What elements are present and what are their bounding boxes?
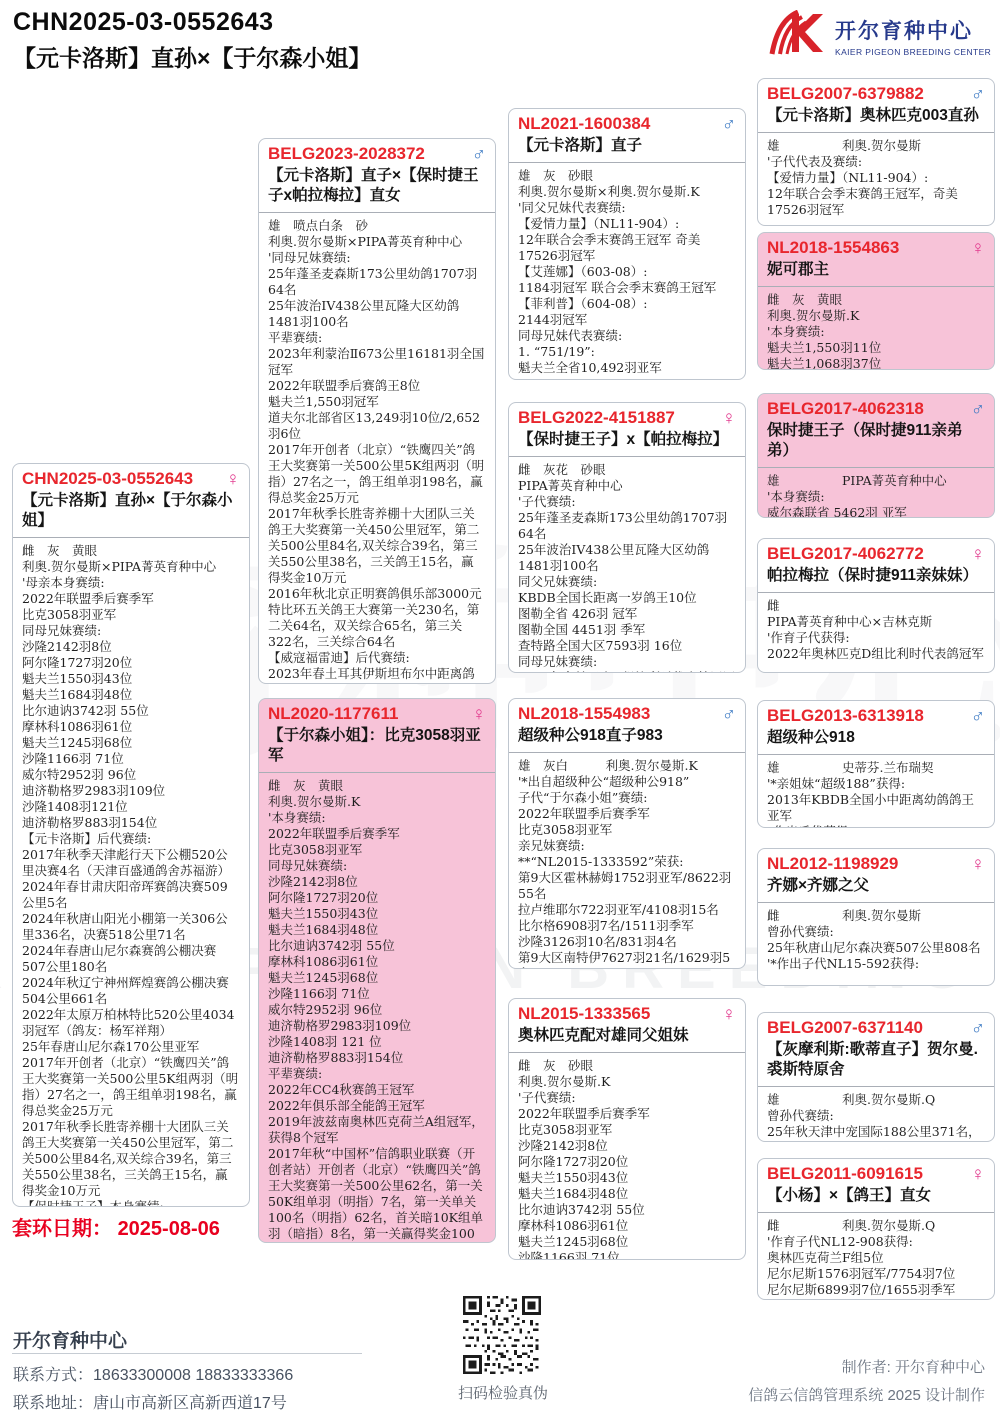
- female-icon: ♀: [722, 409, 736, 428]
- box-title: 保时捷王子（保时捷911亲弟弟）: [767, 421, 985, 461]
- box-body: 雄 灰白 利奥.贺尔曼斯.K '*出自超级种公“超级种公918” 子代“于尔森小…: [509, 753, 745, 969]
- brand-name-cn: 开尔育种中心: [835, 15, 991, 45]
- contact-label: 联系方式：: [13, 1367, 93, 1384]
- ring-number: NL2012-1198929: [767, 854, 898, 874]
- box-header: BELG2023-2028372 ♂ 【元卡洛斯】直子×【保时捷王子x帕拉梅拉】…: [259, 139, 495, 213]
- box-header: BELG2017-4062318 ♂ 保时捷王子（保时捷911亲弟弟）: [758, 394, 994, 468]
- box-title: 【于尔森小姐】：比克3058羽亚军: [268, 726, 486, 766]
- ring-number: NL2018-1554983: [518, 704, 650, 724]
- box-body: 雄 PIPA菁英育种中心 '本身赛绩: 威尔森联省 5462羽 亚军 威尔森 1…: [758, 468, 994, 518]
- address-label: 联系地址：: [13, 1395, 93, 1412]
- box-body: 雌 PIPA菁英育种中心×吉林克斯 '作育子代获得: 2022年奥林匹克D组比利…: [758, 593, 994, 667]
- ring-number: BELG2017-4062772: [767, 544, 924, 564]
- pedigree-box-greatgrand-2: NL2018-1554863 ♀ 妮可郡主 雌 灰 黄眼 利奥.贺尔曼斯.K '…: [757, 232, 995, 370]
- footer-company-name: 开尔育种中心: [13, 1326, 127, 1353]
- ring-number: BELG2011-6091615: [767, 1164, 923, 1184]
- ring-number: BELG2022-4151887: [518, 408, 675, 428]
- box-body: 雌 利奥.贺尔曼斯 曾孙代赛绩: 25年秋唐山尼尔森决赛507公里808名 '*…: [758, 903, 994, 977]
- box-header: NL2015-1333565 ♀ 奥林匹克配对雄同父姐妹: [509, 999, 745, 1053]
- pedigree-box-greatgrand-3: BELG2017-4062318 ♂ 保时捷王子（保时捷911亲弟弟） 雄 PI…: [757, 393, 995, 518]
- box-body: 雄 灰 砂眼 利奥.贺尔曼斯×利奥.贺尔曼斯.K '同父兄妹代表赛绩: 【爱情力…: [509, 163, 745, 380]
- box-title: 超级种公918: [767, 728, 985, 748]
- pedigree-box-subject: CHN2025-03-0552643 ♀ 【元卡洛斯】直孙×【于尔森小姐】 雌 …: [12, 463, 250, 1207]
- box-header: NL2018-1554863 ♀ 妮可郡主: [758, 233, 994, 287]
- brand-name-en: KAIER PIGEON BREEDING CENTER: [835, 47, 991, 57]
- female-icon: ♀: [472, 705, 486, 724]
- box-header: NL2018-1554983 ♂ 超级种公918直子983: [509, 699, 745, 753]
- box-title: 【灰摩利斯:歌蒂直子】贺尔曼.裘斯特原舍: [767, 1040, 985, 1080]
- ring-number: NL2021-1600384: [518, 114, 650, 134]
- ring-number: NL2020-1177611: [268, 704, 398, 724]
- page-title: CHN2025-03-0552643 【元卡洛斯】直孙×【于尔森小姐】: [13, 8, 371, 73]
- page-title-ring: CHN2025-03-0552643: [13, 8, 371, 37]
- kaier-logo-icon: [768, 10, 826, 61]
- brand-logo: 开尔育种中心 KAIER PIGEON BREEDING CENTER: [768, 10, 991, 61]
- ring-date-value: 2025-08-06: [118, 1218, 220, 1240]
- pedigree-box-grandsire-paternal: NL2021-1600384 ♂ 【元卡洛斯】直子 雄 灰 砂眼 利奥.贺尔曼斯…: [508, 108, 746, 380]
- footer-system: 信鸽云信鸽管理系统 2025 设计制作: [748, 1384, 985, 1405]
- qr-caption: 扫码检验真伪: [443, 1382, 563, 1403]
- box-header: BELG2022-4151887 ♀ 【保时捷王子】x【帕拉梅拉】: [509, 403, 745, 457]
- female-icon: ♀: [971, 855, 985, 874]
- ring-date: 套环日期： 2025-08-06: [12, 1212, 220, 1241]
- pedigree-box-greatgrand-6: NL2012-1198929 ♀ 齐娜×齐娜之父 雌 利奥.贺尔曼斯 曾孙代赛绩…: [757, 848, 995, 986]
- pedigree-box-greatgrand-5: BELG2013-6313918 ♂ 超级种公918 雄 史蒂芬.兰布瑞契 '*…: [757, 700, 995, 828]
- box-header: NL2021-1600384 ♂ 【元卡洛斯】直子: [509, 109, 745, 163]
- male-icon: ♂: [971, 400, 985, 419]
- box-title: 齐娜×齐娜之父: [767, 876, 985, 896]
- ring-number: CHN2025-03-0552643: [22, 469, 193, 489]
- contact-value: 18633300008 18833333366: [93, 1367, 293, 1384]
- ring-number: BELG2007-6379882: [767, 84, 924, 104]
- male-icon: ♂: [971, 85, 985, 104]
- box-body: 雄 史蒂芬.兰布瑞契 '*亲姐妹“超级188”获得: 2013年KBDB全国小中…: [758, 755, 994, 828]
- ring-number: NL2018-1554863: [767, 238, 899, 258]
- box-title: 奥林匹克配对雄同父姐妹: [518, 1026, 736, 1046]
- page-title-pair: 【元卡洛斯】直孙×【于尔森小姐】: [13, 40, 371, 73]
- box-body: 雌 灰 黄眼 利奥.贺尔曼斯.K '本身赛绩: 魁夫兰1,550羽11位 魁夫兰…: [758, 287, 994, 370]
- footer-contact-phone: 联系方式：18633300008 18833333366: [13, 1362, 293, 1385]
- male-icon: ♂: [472, 145, 486, 164]
- box-title: 【元卡洛斯】直孙×【于尔森小姐】: [22, 491, 240, 531]
- box-header: BELG2007-6371140 ♂ 【灰摩利斯:歌蒂直子】贺尔曼.裘斯特原舍: [758, 1013, 994, 1087]
- box-body: 雌 利奥.贺尔曼斯.Q '作育子代NL12-908获得: 奥林匹克荷兰F组5位 …: [758, 1213, 994, 1300]
- pedigree-box-father: BELG2023-2028372 ♂ 【元卡洛斯】直子×【保时捷王子x帕拉梅拉】…: [258, 138, 496, 684]
- qr-code[interactable]: [463, 1296, 541, 1374]
- female-icon: ♀: [971, 239, 985, 258]
- ring-date-label: 套环日期：: [12, 1218, 112, 1240]
- box-title: 【元卡洛斯】奥林匹克003直孙: [767, 106, 985, 126]
- male-icon: ♂: [971, 1019, 985, 1038]
- box-body: 雌 灰 黄眼 利奥.贺尔曼斯×PIPA菁英育种中心 '母亲本身赛绩: 2022年…: [13, 538, 249, 1207]
- box-body: 雌 灰花 砂眼 PIPA菁英育种中心 '子代赛绩: 25年蓬圣麦森斯173公里幼…: [509, 457, 745, 673]
- footer-divider: [12, 1353, 362, 1354]
- male-icon: ♂: [722, 705, 736, 724]
- box-title: 【小杨】×【鸽王】直女: [767, 1186, 985, 1206]
- box-header: CHN2025-03-0552643 ♀ 【元卡洛斯】直孙×【于尔森小姐】: [13, 464, 249, 538]
- male-icon: ♂: [971, 707, 985, 726]
- pedigree-box-greatgrand-7: BELG2007-6371140 ♂ 【灰摩利斯:歌蒂直子】贺尔曼.裘斯特原舍 …: [757, 1012, 995, 1142]
- box-header: BELG2013-6313918 ♂ 超级种公918: [758, 701, 994, 755]
- ring-number: BELG2007-6371140: [767, 1018, 923, 1038]
- footer-maker: 制作者: 开尔育种中心: [842, 1356, 985, 1377]
- box-body: 雄 利奥.贺尔曼斯.Q 曾孙代赛绩: 25年秋天津中宠国际188公里371名，2…: [758, 1087, 994, 1142]
- female-icon: ♀: [226, 470, 240, 489]
- pedigree-box-grandsire-maternal: NL2018-1554983 ♂ 超级种公918直子983 雄 灰白 利奥.贺尔…: [508, 698, 746, 969]
- box-body: 雄 喷点白条 砂 利奥.贺尔曼斯×PIPA菁英育种中心 '同母兄妹赛绩: 25年…: [259, 213, 495, 684]
- ring-number: BELG2017-4062318: [767, 399, 924, 419]
- box-header: BELG2007-6379882 ♂ 【元卡洛斯】奥林匹克003直孙: [758, 79, 994, 133]
- pedigree-box-granddam-paternal: BELG2022-4151887 ♀ 【保时捷王子】x【帕拉梅拉】 雌 灰花 砂…: [508, 402, 746, 673]
- box-title: 【保时捷王子】x【帕拉梅拉】: [518, 430, 736, 450]
- ring-number: NL2015-1333565: [518, 1004, 650, 1024]
- ring-number: BELG2023-2028372: [268, 144, 425, 164]
- box-title: 【元卡洛斯】直子: [518, 136, 736, 156]
- female-icon: ♀: [971, 1165, 985, 1184]
- pedigree-box-mother: NL2020-1177611 ♀ 【于尔森小姐】：比克3058羽亚军 雌 灰 黄…: [258, 698, 496, 1243]
- box-title: 超级种公918直子983: [518, 726, 736, 746]
- box-title: 【元卡洛斯】直子×【保时捷王子x帕拉梅拉】直女: [268, 166, 486, 206]
- female-icon: ♀: [722, 1005, 736, 1024]
- pedigree-box-granddam-maternal: NL2015-1333565 ♀ 奥林匹克配对雄同父姐妹 雌 灰 砂眼 利奥.贺…: [508, 998, 746, 1260]
- box-body: 雄 利奥.贺尔曼斯 '子代代表及赛绩: 【爱情力量】（NL11-904）: 12…: [758, 133, 994, 223]
- address-value: 唐山市高新区高新西道17号: [93, 1395, 287, 1412]
- box-body: 雌 灰 砂眼 利奥.贺尔曼斯.K '子代赛绩: 2022年联盟季后赛季军 比克3…: [509, 1053, 745, 1260]
- box-title: 帕拉梅拉（保时捷911亲妹妹）: [767, 566, 985, 586]
- box-header: BELG2017-4062772 ♀ 帕拉梅拉（保时捷911亲妹妹）: [758, 539, 994, 593]
- pedigree-box-greatgrand-4: BELG2017-4062772 ♀ 帕拉梅拉（保时捷911亲妹妹） 雌 PIP…: [757, 538, 995, 673]
- box-title: 妮可郡主: [767, 260, 985, 280]
- footer-contact-address: 联系地址：唐山市高新区高新西道17号: [13, 1390, 287, 1413]
- female-icon: ♀: [971, 545, 985, 564]
- box-header: BELG2011-6091615 ♀ 【小杨】×【鸽王】直女: [758, 1159, 994, 1213]
- pedigree-box-greatgrand-1: BELG2007-6379882 ♂ 【元卡洛斯】奥林匹克003直孙 雄 利奥.…: [757, 78, 995, 226]
- ring-number: BELG2013-6313918: [767, 706, 924, 726]
- brand-name: 开尔育种中心 KAIER PIGEON BREEDING CENTER: [835, 15, 991, 57]
- box-body: 雌 灰 黄眼 利奥.贺尔曼斯.K '本身赛绩: 2022年联盟季后赛季军 比克3…: [259, 773, 495, 1243]
- pedigree-box-greatgrand-8: BELG2011-6091615 ♀ 【小杨】×【鸽王】直女 雌 利奥.贺尔曼斯…: [757, 1158, 995, 1300]
- box-header: NL2020-1177611 ♀ 【于尔森小姐】：比克3058羽亚军: [259, 699, 495, 773]
- male-icon: ♂: [722, 115, 736, 134]
- box-header: NL2012-1198929 ♀ 齐娜×齐娜之父: [758, 849, 994, 903]
